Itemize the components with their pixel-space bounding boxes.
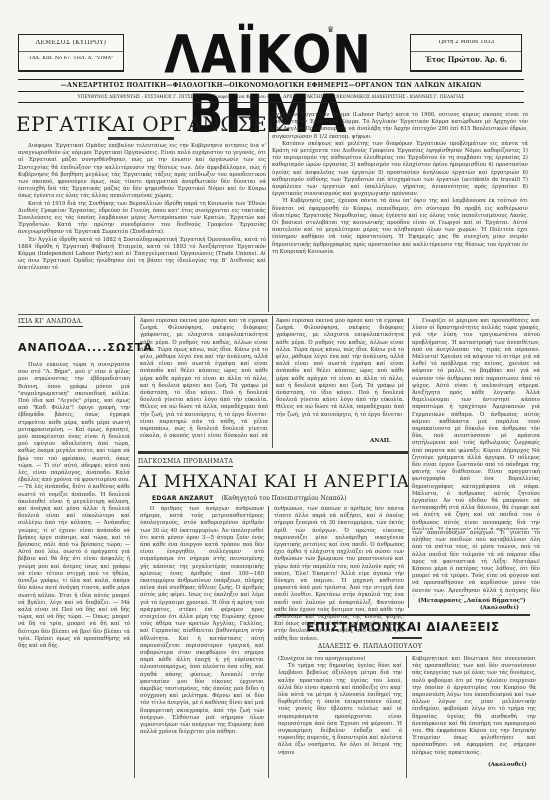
dialexeis-subtitle: ΔΙΑΛΕΞΙΣ Θ. ΠΑΠΑΔΟΠΟΥΛΟΥ <box>318 643 422 652</box>
column-divider <box>268 112 269 312</box>
anergia-title: ΑΙ ΜΗΧΑΝΑΙ ΚΑΙ Η ΑΝΕΡΓΙΑ <box>138 472 409 492</box>
issue-number: Έτος Πρώτον. Άρ. 6. <box>411 56 521 63</box>
dialexeis-col2: Κυβερνητικοί καί Ιδιωτικοί δέν συνενοούσ… <box>412 656 536 762</box>
dialexeis-signature: (Ακολουθεί) <box>488 762 527 768</box>
anergia-col1: Ό άριθμός των άνέργων άνθρώπων σήμερα, κ… <box>140 506 264 778</box>
paragraph: Άφού εύρισκα έκεινα μού άρεσε καί τά έγρ… <box>140 318 268 438</box>
section-divider <box>18 314 530 315</box>
continued-note: (Ακολουθεί) <box>480 605 519 611</box>
paragraph: των άπαισιοδόξων άνεργων: Τί γίνεται τό … <box>412 530 540 596</box>
dialexeis-col1: (Συνέχεια έκ του προηγουμένου) Τό τμήμα … <box>278 656 402 778</box>
column-kicker: ΙΣΙΑ ΚΙ' ΑΝΑΠΟΔΑ. <box>18 318 83 327</box>
author-name: EDGAR ANZARUT <box>152 495 214 503</box>
anergia-col4: των άπαισιοδόξων άνεργων: Τί γίνεται τό … <box>412 530 540 596</box>
lead-article-col2: Άγγλικόν Έργατικόν Κόμμα (Labour Party) … <box>272 112 528 312</box>
anergia-col3: Γνωρίζει οί μέριμνα καί προϋποθέσεις καί… <box>412 318 540 530</box>
paragraph: Πολύ εύκολος τώρα ή συνεργασία σου στό "… <box>18 362 130 650</box>
paragraph: Ό άριθμός των άνέργων άνθρώπων σήμερα, κ… <box>140 506 264 737</box>
paragraph: Τό τμήμα της δημοσίας ύγείας δύσι καί λα… <box>278 663 402 757</box>
anapoda-col2b: Άφού εύρισκα έκεινα μού άρεσε καί τά έγρ… <box>276 318 404 418</box>
paragraph: Έν Άγγλία ίδρύθη κατά τό 1882 ή Σοσιαλδη… <box>18 237 266 273</box>
section-divider <box>138 451 408 454</box>
column-divider <box>134 316 135 778</box>
paragraph: Κατόπιν σκέψεως καί μελέτης των διαφόρων… <box>272 141 528 199</box>
lead-article-col1: Διάφοροι Έργατικαί Όμάδες έπέβαλον τελευ… <box>18 143 266 311</box>
paragraph: Διάφοροι Έργατικαί Όμάδες έπέβαλον τελευ… <box>18 143 266 201</box>
newspaper-title: ΛΑΪΚΟΝ ΒΗΜΑ <box>126 24 410 84</box>
issue-box: Τρίτη 2 Μαΐου 1933 Έτος Πρώτον. Άρ. 6. <box>410 34 522 72</box>
title-underline <box>108 137 174 140</box>
location-box: ΛΕΜΕΣΟΣ (ΚΥΠΡΟΥ) ΤΑΧ. ΚΙΒ. No 67. ΤΗΛ. Δ… <box>18 34 124 72</box>
author-note: (Καθηγητού του Πανεπιστημίου Νεαπόλ) <box>221 495 346 502</box>
location-text: ΛΕΜΕΣΟΣ (ΚΥΠΡΟΥ) <box>19 40 123 52</box>
anergia-byline: EDGAR ANZARUT (Καθηγητού του Πανεπιστημί… <box>152 495 347 502</box>
paragraph: Γνωρίζει οί μέριμνα καί προϋποθέσεις καί… <box>412 318 540 530</box>
staff-line: ΥΠΕΥΘΥΝΟΣ ΔΙΕΥΘΥΝΤΗΣ : ΕΥΣΤΑΘΙΟΣ Γ. ΠΙΤΣ… <box>18 93 524 103</box>
issue-date: Τρίτη 2 Μαΐου 1933 <box>411 40 521 52</box>
column-divider <box>268 506 269 778</box>
anapoda-signature: ΑΝΑΠ. <box>370 438 391 444</box>
newspaper-subtitle: —ΑΝΕΞΑΡΤΗΤΟΣ ΠΟΛΙΤΙΚΗ—ΦΙΛΟΛΟΓΙΚΗ—ΟΙΚΟΝΟΜ… <box>18 79 524 92</box>
anapoda-col2a: Άφού εύρισκα έκεινα μού άρεσε καί τά έγρ… <box>140 318 268 438</box>
lead-article-title: ΕΡΓΑΤΙΚΑΙ ΟΡΓΑΝΩΣΕΙΣ <box>16 112 266 136</box>
paragraph: Άγγλικόν Έργατικόν Κόμμα (Labour Party) … <box>272 112 528 141</box>
column-divider <box>408 318 409 608</box>
masthead: ΛΕΜΕΣΟΣ (ΚΥΠΡΟΥ) ΤΑΧ. ΚΙΒ. No 67. ΤΗΛ. Δ… <box>14 24 524 74</box>
paragraph: Κατά τό 1919 διά της Συνθήκης των Βερσαλ… <box>18 201 266 237</box>
anapoda-col1: Πολύ εύκολος τώρα ή συνεργασία σου στό "… <box>18 362 130 777</box>
section-kicker: ΠΑΓΚΟΣΜΙΑ ΠΡΟΒΛΗΜΑΤΑ <box>138 458 233 467</box>
paragraph: Ή Κυβέρνησίς μας, έχουσα πάντα τά άνω ύπ… <box>272 198 528 256</box>
translation-source: (Μεταφρασις „Λαϊκού Βήματος") <box>418 598 526 604</box>
section-divider <box>276 614 530 616</box>
column-divider <box>272 316 273 448</box>
column-divider <box>406 656 407 778</box>
anapoda-title: ΑΝΑΠΟΔΑ....ΣΩΣΤΑ <box>18 341 130 354</box>
paragraph: Κυβερνητικοί καί Ιδιωτικοί δέν συνενοούσ… <box>412 656 536 757</box>
paragraph: Άφού εύρισκα έκεινα μού άρεσε καί τά έγρ… <box>276 318 404 418</box>
postal-address: ΤΑΧ. ΚΙΒ. No 67. ΤΗΛ. Δ. "VIMA" <box>19 56 123 61</box>
title-underline <box>392 637 422 639</box>
newspaper-page: ΛΕΜΕΣΟΣ (ΚΥΠΡΟΥ) ΤΑΧ. ΚΙΒ. No 67. ΤΗΛ. Δ… <box>0 0 550 800</box>
dialexeis-title: ΕΠΙΣΤΗΜΟΝΙΚΑΙ ΔΙΑΛΕΞΕΙΣ <box>276 620 530 634</box>
